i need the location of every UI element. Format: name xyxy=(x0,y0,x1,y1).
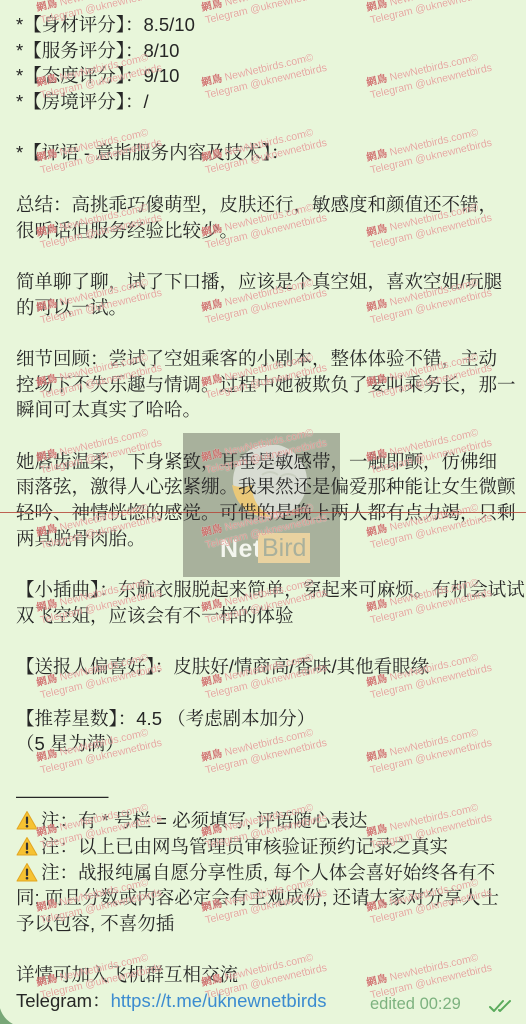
blank-line xyxy=(16,166,525,192)
blank-line xyxy=(16,937,525,963)
rating-row: *【态度评分】：9/10 xyxy=(16,63,525,89)
blank-line xyxy=(16,629,525,655)
note-text: 注：战报纯属自愿分享性质, 每个人体会喜好始终各有不 xyxy=(41,862,495,883)
blank-line xyxy=(16,551,525,577)
recommendation-note: （考虑剧本加分） xyxy=(162,708,315,729)
note-line: 注：以上已由网鸟管理员审核验证预约记录之真实 xyxy=(16,834,525,860)
rating-value: 8/10 xyxy=(143,40,179,61)
rating-value: 9/10 xyxy=(143,65,179,86)
blank-line xyxy=(16,757,525,783)
note-text: 注：以上已由网鸟管理员审核验证预约记录之真实 xyxy=(41,836,448,857)
scan-line xyxy=(0,512,526,513)
edited-status: edited xyxy=(370,995,415,1013)
details-line: 细节回顾：尝试了空姐乘客的小剧本，整体体验不错，主动 xyxy=(16,346,525,372)
warning-icon xyxy=(16,836,38,856)
rating-label: *【身材评分】： xyxy=(16,14,143,35)
episode-line: 【小插曲】：东航衣服脱起来简单，穿起来可麻烦。有机会试试 xyxy=(16,577,525,603)
rating-row: *【身材评分】：8.5/10 xyxy=(16,12,525,38)
rating-value: / xyxy=(143,91,148,112)
first-impression-line: 简单聊了聊，试了下口播，应该是个真空姐，喜欢空姐/玩腿 xyxy=(16,269,525,295)
episode-line: 双飞空姐，应该会有不一样的体验 xyxy=(16,603,525,629)
rating-label: *【房境评分】： xyxy=(16,91,143,112)
impressions-line: 雨落弦，激得人心弦紧绷。我果然还是偏爱那种能让女生微颤 xyxy=(16,474,525,500)
review-heading: *【评语 - 意指服务内容及技术】： xyxy=(16,140,525,166)
blank-line xyxy=(16,115,525,141)
recommendation-row: 【推荐星数】：4.5 （考虑剧本加分） xyxy=(16,706,525,732)
message-time: 00:29 xyxy=(420,995,461,1013)
details-line: 瞬间可太真实了哈哈。 xyxy=(16,397,525,423)
rating-row: *【服务评分】：8/10 xyxy=(16,38,525,64)
first-impression-line: 的可以一试。 xyxy=(16,295,525,321)
note-line: 予以包容, 不喜勿插 xyxy=(16,911,525,937)
divider: ————— xyxy=(16,783,525,809)
blank-line xyxy=(16,680,525,706)
note-line: 同; 而且分数或内容必定会有主观成份, 还请大家对分享人士 xyxy=(16,885,525,911)
rating-label: *【态度评分】： xyxy=(16,65,143,86)
warning-icon xyxy=(16,862,38,882)
preferences-value: 皮肤好/情商高/香味/其他看眼缘 xyxy=(173,656,429,677)
telegram-label: Telegram： xyxy=(16,990,111,1011)
invite-line: 详情可加入飞机群互相交流 xyxy=(16,962,525,988)
double-check-icon xyxy=(489,999,515,1013)
impressions-line: 两具脱骨肉胎。 xyxy=(16,526,525,552)
rating-label: *【服务评分】： xyxy=(16,40,143,61)
summary-line: 很听话但服务经验比较少。 xyxy=(16,218,525,244)
telegram-group-link[interactable]: https://t.me/uknewnetbirds xyxy=(111,990,327,1011)
summary-line: 总结：高挑乖巧傻萌型，皮肤还行，敏感度和颜值还不错， xyxy=(16,192,525,218)
preferences-row: 【送报人偏喜好】：皮肤好/情商高/香味/其他看眼缘 xyxy=(16,654,525,680)
message-meta: edited 00:29 xyxy=(370,993,461,1015)
blank-line xyxy=(16,320,525,346)
note-line: 注：有 * 号栏 = 必须填写, 评语随心表达 xyxy=(16,808,525,834)
recommendation-value: 4.5 xyxy=(136,708,162,729)
note-text: 注：有 * 号栏 = 必须填写, 评语随心表达 xyxy=(41,810,367,831)
rating-row: *【房境评分】：/ xyxy=(16,89,525,115)
preferences-label: 【送报人偏喜好】： xyxy=(16,656,173,677)
rating-value: 8.5/10 xyxy=(143,14,194,35)
warning-icon xyxy=(16,810,38,830)
blank-line xyxy=(16,423,525,449)
recommendation-scale: （5 星为满） xyxy=(16,731,525,757)
impressions-line: 她唇齿温柔，下身紧致，耳垂是敏感带，一触即颤，仿佛细 xyxy=(16,449,525,475)
note-line: 注：战报纯属自愿分享性质, 每个人体会喜好始终各有不 xyxy=(16,860,525,886)
blank-line xyxy=(16,243,525,269)
details-line: 控场下不失乐趣与情调。过程中她被欺负了要叫乘务长，那一 xyxy=(16,372,525,398)
recommendation-label: 【推荐星数】： xyxy=(16,708,136,729)
